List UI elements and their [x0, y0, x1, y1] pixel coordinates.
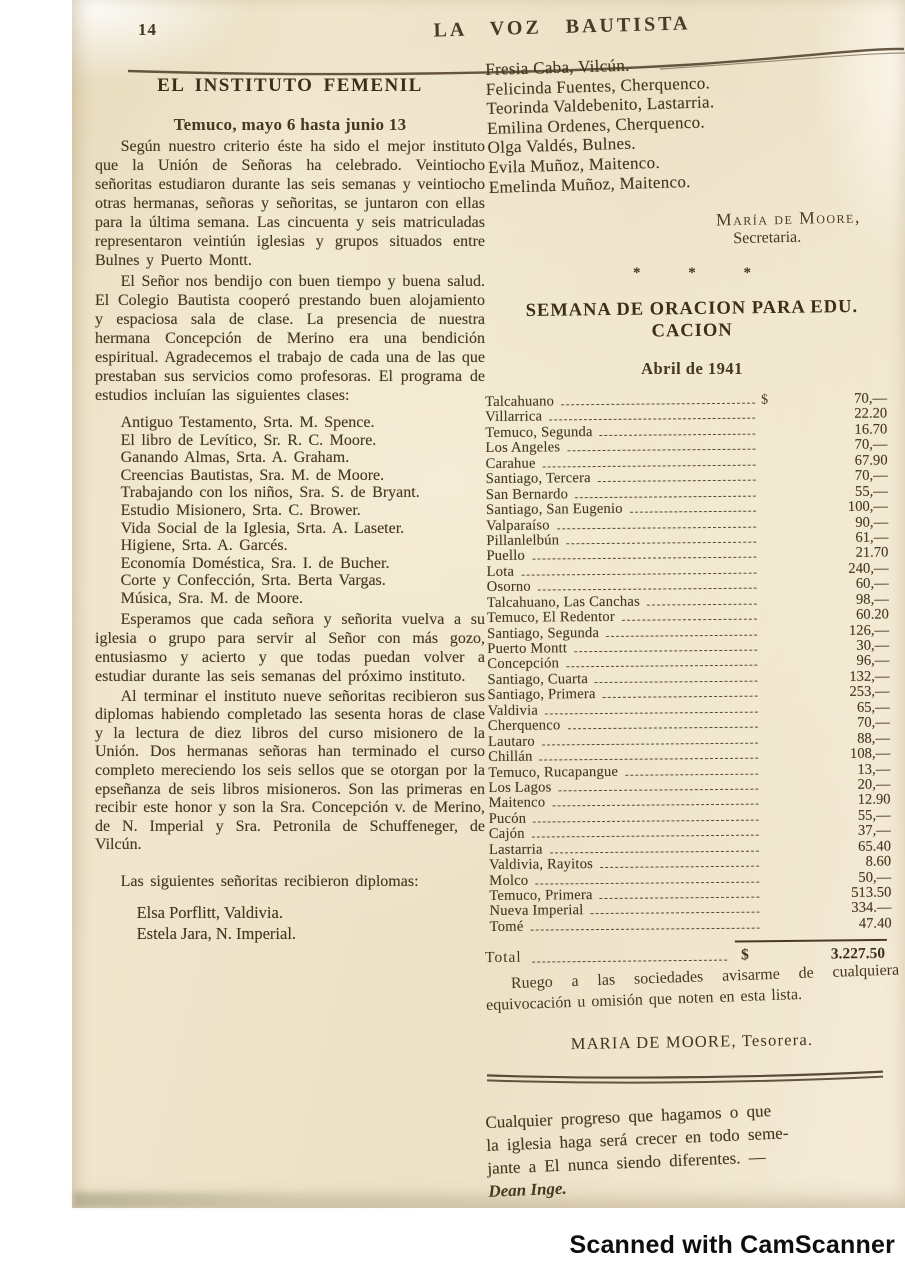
camscanner-attribution: Scanned with CamScanner: [569, 1231, 895, 1260]
double-rule-divider: [485, 1069, 885, 1088]
right-column: Fresia Caba, Vilcún.Felicinda Fuentes, C…: [485, 60, 899, 1203]
article-paragraph: Al terminar el instituto nueve señoritas…: [95, 688, 485, 855]
dot-leader: [567, 449, 755, 452]
treasurer-signature: MARIA DE MOORE, Tesorera.: [485, 1029, 899, 1056]
class-list-item: Estudio Misionero, Srta. C. Brower.: [95, 502, 485, 520]
donations-table: Talcahuano $ 70,— Villarrica 22.20 Temu: [485, 391, 892, 935]
dot-leader: [532, 835, 759, 838]
scanned-paper-sheet: 14 LA VOZ BAUTISTA EL INSTITUTO FEMENIL …: [72, 0, 905, 1208]
dot-leader: [558, 789, 758, 792]
class-list-item: El libro de Levítico, Sr. R. C. Moore.: [95, 432, 485, 450]
currency-cell: $: [761, 393, 783, 409]
total-label: Total: [485, 949, 522, 967]
dot-leader: [557, 526, 756, 529]
article-title: EL INSTITUTO FEMENIL: [95, 75, 485, 97]
scanned-page-canvas: 14 LA VOZ BAUTISTA EL INSTITUTO FEMENIL …: [0, 0, 905, 1280]
section-separator: * * *: [485, 265, 899, 282]
dot-leader: [600, 866, 759, 868]
class-list-item: Música, Sra. M. de Moore.: [95, 590, 485, 608]
amount-cell: 47.40: [788, 916, 892, 934]
left-column: EL INSTITUTO FEMENIL Temuco, mayo 6 hast…: [95, 75, 485, 944]
dot-leader: [647, 603, 757, 605]
diplomas-intro: Las siguientes señoritas recibieron dipl…: [95, 872, 485, 891]
dot-leader: [625, 773, 758, 775]
class-list: Antiguo Testamento, Srta. M. Spence.El l…: [95, 414, 485, 608]
class-list-item: Vida Social de la Iglesia, Srta. A. Lase…: [95, 520, 485, 538]
dot-leader: [540, 758, 759, 761]
dot-leader: [552, 804, 758, 807]
closing-quote: Cualquier progreso que hagamos o quela i…: [485, 1094, 902, 1203]
dot-leader: [630, 511, 756, 513]
closing-paragraphs: Esperamos que cada señora y señorita vue…: [95, 610, 485, 855]
dot-leader: [550, 850, 759, 853]
dot-leader: [600, 434, 756, 436]
dot-leader: [575, 495, 756, 498]
dot-leader: [566, 542, 756, 545]
dot-leader: [566, 665, 757, 668]
diploma-names: Elsa Porflitt, Valdivia.Estela Jara, N. …: [95, 902, 485, 944]
dot-leader: [595, 681, 758, 683]
class-list-item: Economía Doméstica, Sra. I. de Bucher.: [95, 555, 485, 573]
dot-leader: [545, 712, 758, 715]
dot-leader: [538, 588, 757, 591]
class-list-item: Higiene, Srta. A. Garcés.: [95, 537, 485, 555]
article-paragraph: Esperamos que cada señora y señorita vue…: [95, 610, 485, 686]
diploma-names-continued: Fresia Caba, Vilcún.Felicinda Fuentes, C…: [485, 48, 903, 197]
dot-leader: [543, 465, 756, 468]
total-currency: $: [741, 947, 749, 965]
dot-leader: [535, 881, 759, 884]
dot-leader: [591, 912, 760, 914]
class-list-item: Ganando Almas, Srta. A. Graham.: [95, 449, 485, 467]
dot-leader: [561, 403, 755, 406]
section-title: SEMANA DE ORACION PARA EDU. CACION: [485, 297, 899, 345]
treasurer-note: Ruego a las sociedades avisarme de cualq…: [485, 961, 900, 1016]
diploma-name: Elsa Porflitt, Valdivia.: [137, 902, 485, 923]
scan-smudge: [74, 1192, 594, 1206]
class-list-item: Creencias Bautistas, Sra. M. de Moore.: [95, 467, 485, 485]
dot-leader: [531, 928, 760, 931]
dot-leader: [598, 480, 756, 482]
place-cell: Tomé: [490, 919, 524, 936]
article-subtitle: Temuco, mayo 6 hasta junio 13: [95, 115, 485, 135]
dot-leader: [542, 742, 758, 745]
dot-leader: [603, 696, 758, 698]
dot-leader: [532, 557, 757, 560]
dot-leader: [606, 634, 757, 636]
dot-leader: [532, 960, 727, 963]
dot-leader: [600, 897, 760, 899]
class-list-item: Corte y Confección, Srta. Berta Vargas.: [95, 572, 485, 590]
diploma-name: Estela Jara, N. Imperial.: [137, 923, 485, 944]
secretary-signature: María de Moore, Secretaria.: [485, 206, 900, 254]
dot-leader: [549, 418, 755, 421]
article-paragraph: Según nuestro criterio éste ha sido el m…: [95, 137, 485, 270]
dot-leader: [533, 820, 759, 823]
dot-leader: [567, 727, 757, 730]
dot-leader: [622, 619, 757, 621]
article-paragraph: El Señor nos bendijo con buen tiempo y b…: [95, 272, 485, 405]
section-date: Abril de 1941: [485, 359, 899, 379]
class-list-item: Antiguo Testamento, Srta. M. Spence.: [95, 414, 485, 432]
article-paragraphs: Según nuestro criterio éste ha sido el m…: [95, 137, 485, 405]
class-list-item: Trabajando con los niños, Sra. S. de Bry…: [95, 484, 485, 502]
dot-leader: [574, 650, 757, 653]
dot-leader: [521, 573, 756, 576]
